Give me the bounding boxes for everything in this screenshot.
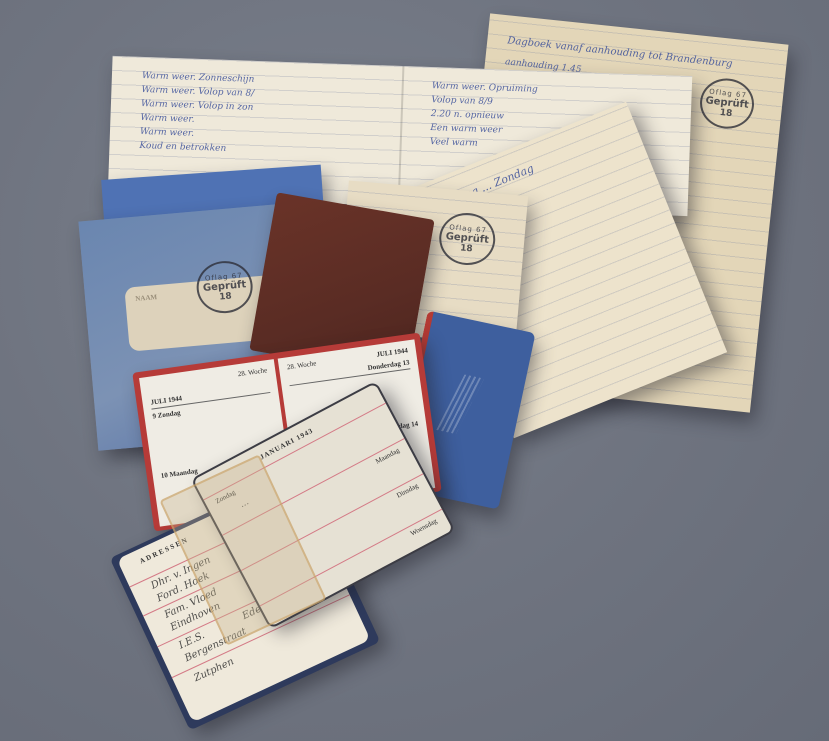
address-entry: Zutphen bbox=[192, 656, 235, 684]
ledger-line: Veel warm bbox=[430, 137, 478, 149]
censor-stamp: Oflag 67 Geprüft 18 bbox=[437, 211, 497, 268]
censor-stamp: Oflag 67 Geprüft 18 bbox=[698, 76, 757, 131]
ledger-line: Warm weer. bbox=[140, 113, 194, 125]
ledger-line: Volop van 8/9 bbox=[431, 95, 493, 107]
ledger-line: Warm weer. Zonneschijn bbox=[142, 71, 255, 85]
ledger-line: Warm weer. Volop in zon bbox=[141, 99, 254, 113]
divider bbox=[290, 368, 411, 386]
photo-scene: Dagboek vanaf aanhouding tot Brandenburg… bbox=[0, 0, 829, 741]
ledger-line: Koud en betrokken bbox=[139, 141, 226, 154]
ledger-line: Een warm weer bbox=[430, 123, 502, 136]
ledger-line: 2.20 n. opnieuw bbox=[431, 109, 504, 122]
ledger-line: Warm weer. bbox=[140, 127, 194, 139]
emboss-lines bbox=[436, 375, 484, 435]
ledger-line: Warm weer. Opruiming bbox=[432, 81, 538, 95]
ledger-line: Warm weer. Volop van 8/ bbox=[141, 85, 254, 99]
